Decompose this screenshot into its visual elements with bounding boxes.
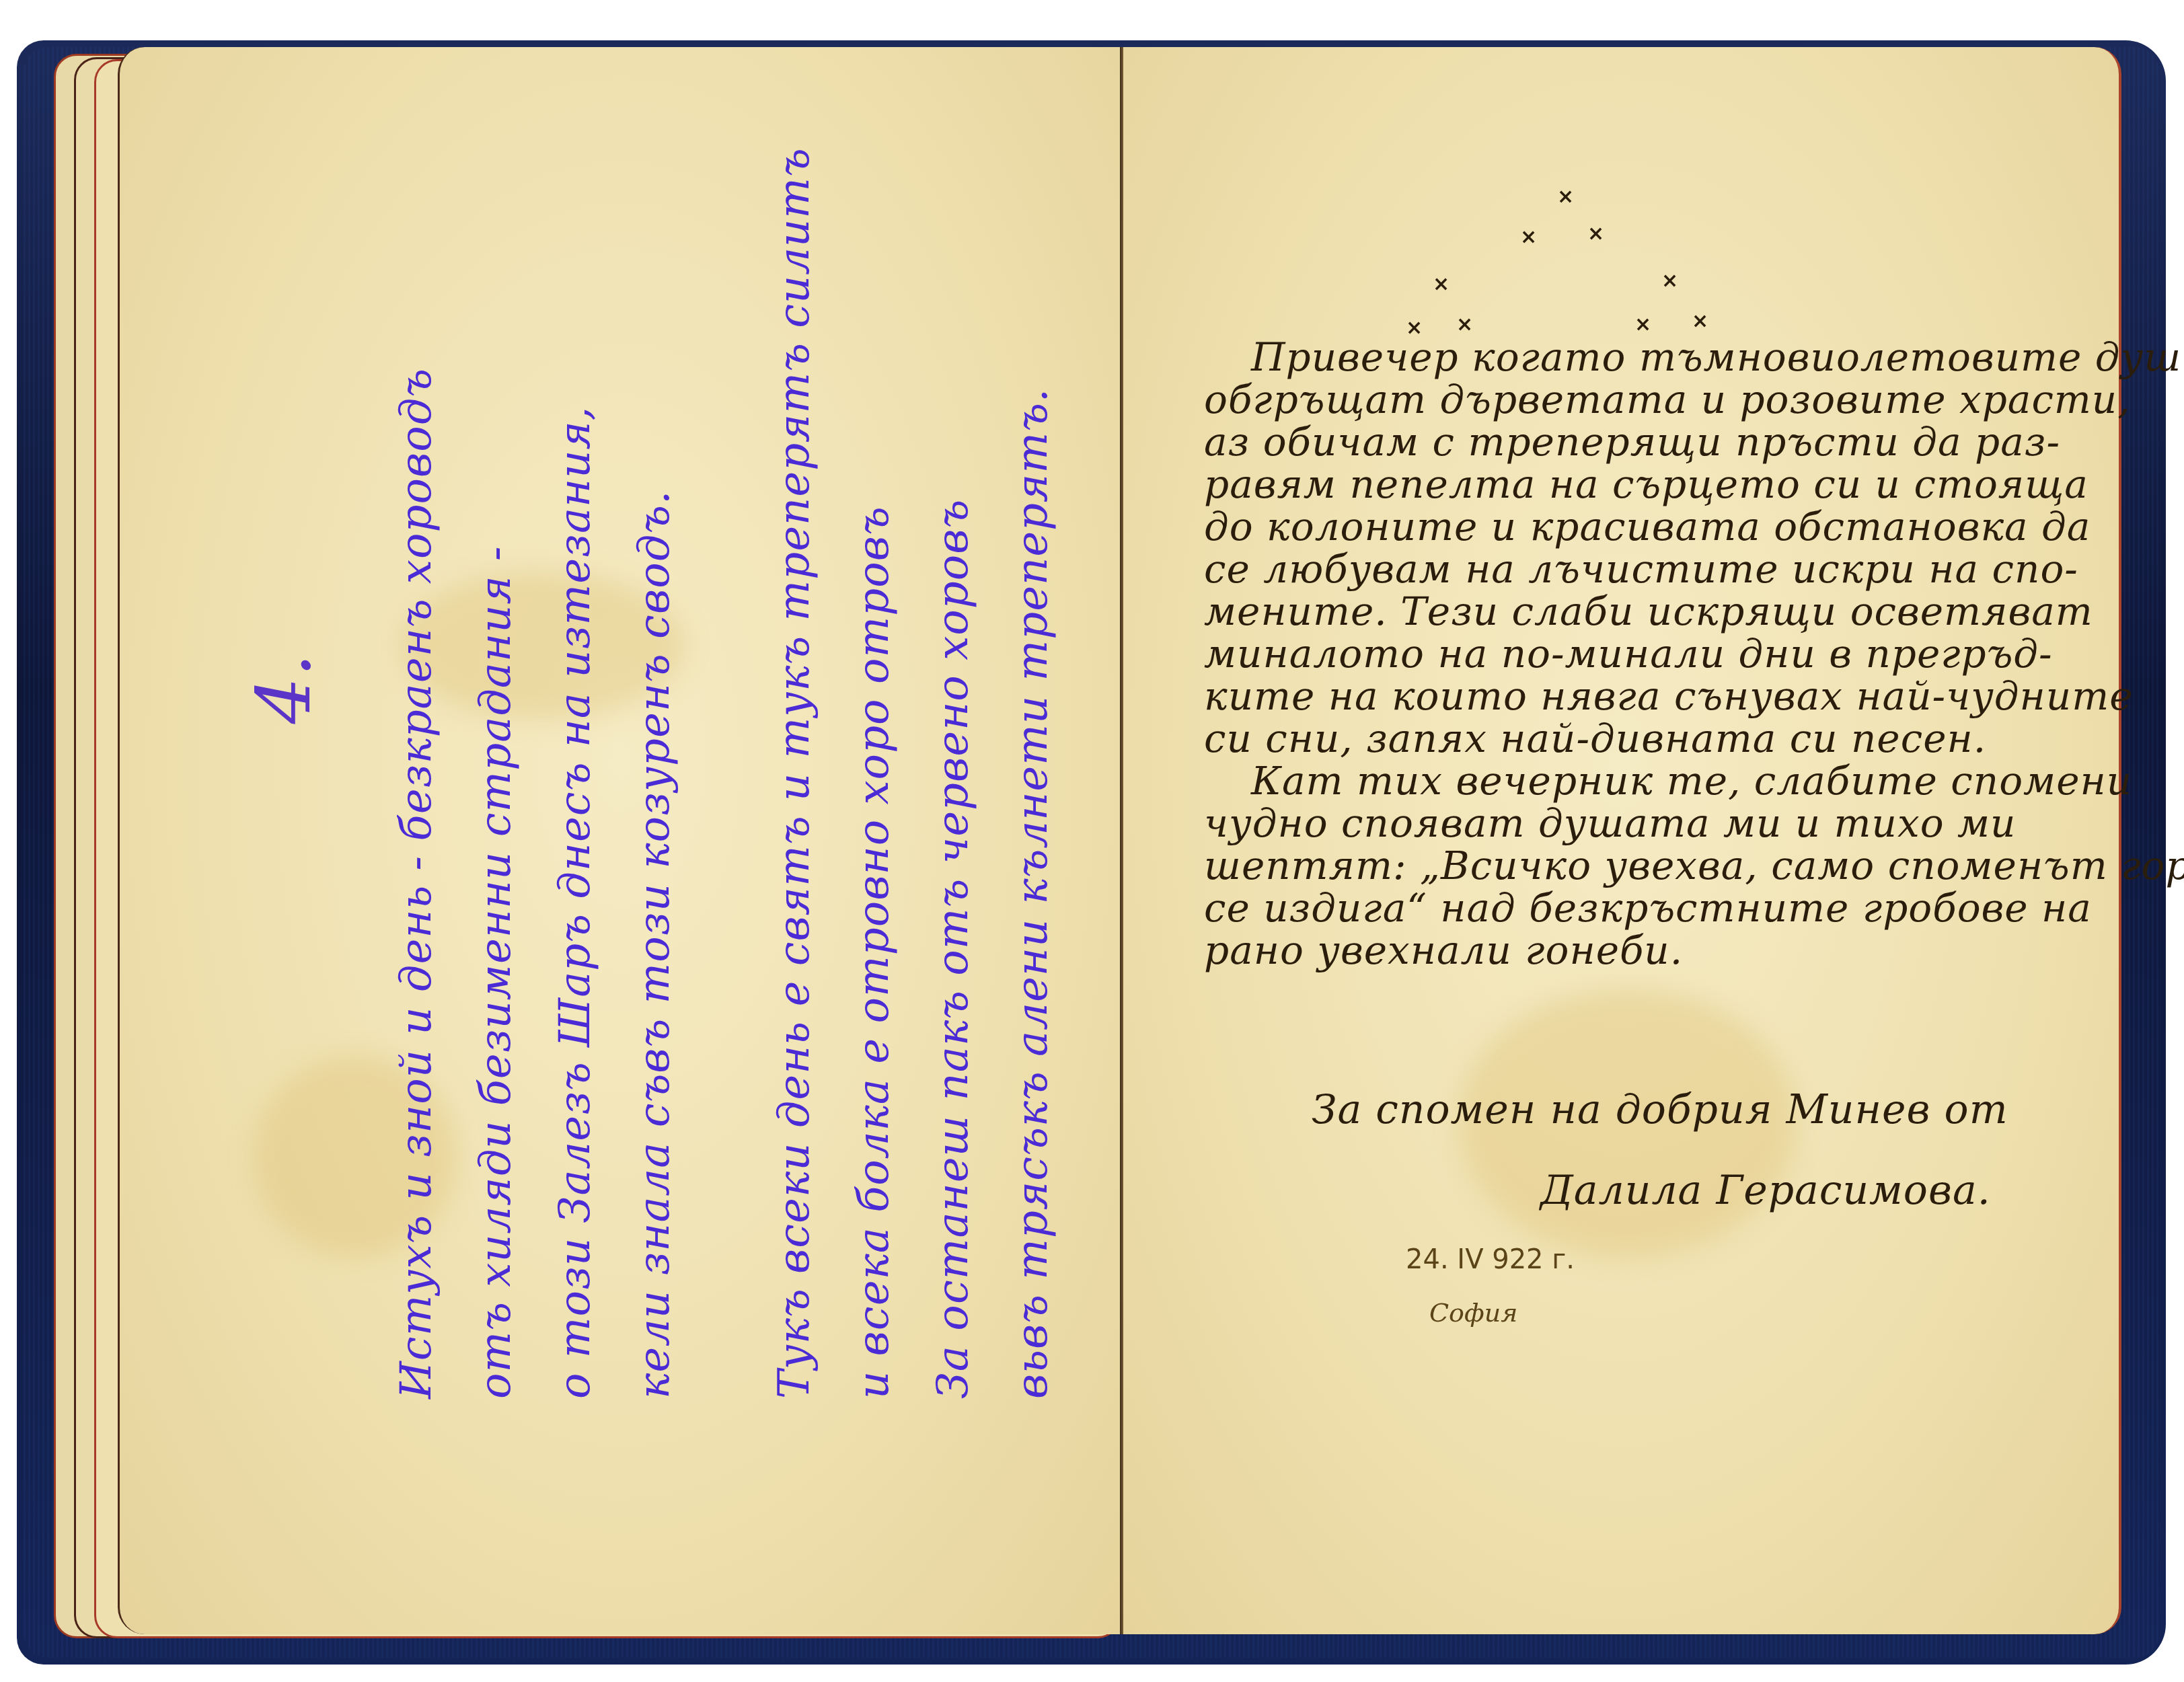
- text-line: шептят: „Всичко увехва, само споменът го…: [1204, 845, 2119, 887]
- star-icon: ×: [1433, 272, 1449, 296]
- text-line: мените. Тези слаби искрящи осветяват: [1204, 590, 2119, 633]
- text-line: се любувам на лъчистите искри на спо-: [1204, 548, 2119, 590]
- text-line: чудно спояват душата ми и тихо ми: [1204, 802, 2119, 845]
- left-page-poem: Истухъ и зной и день - безкраенъ хоровод…: [377, 147, 1072, 1399]
- text-line: аз обичам с треперящи пръсти да раз-: [1204, 421, 2119, 463]
- place: София: [1429, 1298, 1517, 1328]
- poem-line: и всека болка е отровно хоро отровъ: [834, 147, 913, 1399]
- signature: Далила Герасимова.: [1540, 1167, 1991, 1214]
- poem-line: вьвъ трясъкъ алени кълнети треперятъ.: [993, 147, 1072, 1399]
- text-line: Привечер когато тъмновиолетовите души: [1204, 336, 2119, 379]
- stanza-gap: [694, 147, 755, 1399]
- star-icon: ×: [1587, 222, 1604, 245]
- text-line: рано увехнали гонеби.: [1204, 929, 2119, 972]
- poem-line: Тукъ всеки день е святъ и тукъ треперятъ…: [755, 147, 834, 1399]
- star-icon: ×: [1456, 313, 1473, 336]
- poem-line: Истухъ и зной и день - безкраенъ хоровод…: [377, 147, 456, 1399]
- text-line: ките на които нявга сънувах най-чудните: [1204, 675, 2119, 718]
- star-icon: ×: [1692, 309, 1708, 333]
- star-icon: ×: [1520, 225, 1537, 249]
- text-line: до колоните и красивата обстановка да: [1204, 506, 2119, 548]
- star-icon: ×: [1661, 269, 1678, 293]
- right-page-text: Привечер когато тъмновиолетовите души об…: [1204, 336, 2119, 972]
- date: 24. IV 922 г.: [1406, 1244, 1575, 1275]
- star-icon: ×: [1634, 313, 1651, 336]
- poem-line: За останеш пакъ отъ червено хоровъ: [913, 147, 993, 1399]
- star-icon: ×: [1557, 185, 1574, 208]
- text-line: си сни, запях най-дивната си песен.: [1204, 718, 2119, 760]
- text-line: Кат тих вечерник те, слабите спомени: [1204, 760, 2119, 802]
- text-line: се издига“ над безкръстните гробове на: [1204, 887, 2119, 929]
- poem-line: о този Залезъ Шаръ днесъ на изтезания,: [535, 147, 615, 1399]
- dedication: За спомен на добрия Минев от: [1312, 1086, 2008, 1133]
- text-line: миналото на по-минали дни в прегръд-: [1204, 633, 2119, 675]
- page-number: 4.: [241, 654, 327, 724]
- text-line: обгръщат дърветата и розовите храсти,: [1204, 379, 2119, 421]
- star-ornament: × × × × × × × × ×: [1365, 168, 1742, 336]
- poem-line: отъ хиляди безименни страдания -: [456, 147, 535, 1399]
- poem-line: кели знала съвъ този козуренъ сводъ.: [615, 147, 694, 1399]
- text-line: равям пепелта на сърцето си и стояща: [1204, 463, 2119, 506]
